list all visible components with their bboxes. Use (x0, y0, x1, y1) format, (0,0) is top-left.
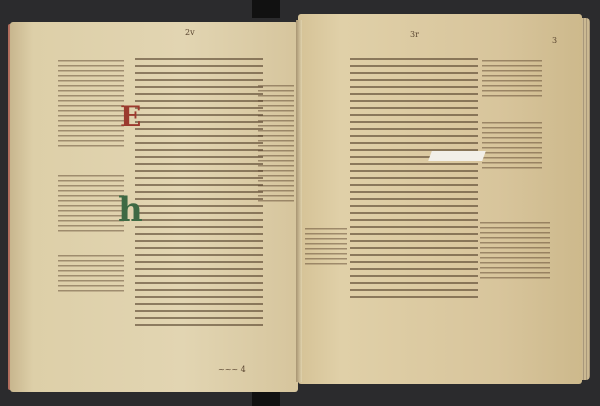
left-right-gloss (258, 85, 294, 205)
right-margin-gloss-3 (480, 222, 550, 282)
initial-e: E (120, 100, 141, 133)
right-main-text (350, 58, 478, 303)
clasp-top (252, 0, 280, 18)
left-main-text (135, 58, 263, 328)
left-margin-gloss-2 (58, 175, 124, 235)
initial-h: h (118, 190, 143, 230)
gutter (296, 20, 302, 382)
left-margin-gloss-3 (58, 255, 124, 295)
right-left-gloss (305, 228, 347, 268)
right-margin-gloss-1 (482, 60, 542, 100)
right-corner-mark: 3 (552, 36, 557, 45)
right-margin-gloss-2 (482, 122, 542, 172)
left-folio-mark: 2v (185, 28, 195, 37)
left-footer-note: ~~~ 4 (218, 365, 246, 374)
left-margin-gloss-1 (58, 60, 124, 150)
right-folio-mark: 3r (410, 30, 419, 39)
paper-patch (428, 151, 486, 161)
